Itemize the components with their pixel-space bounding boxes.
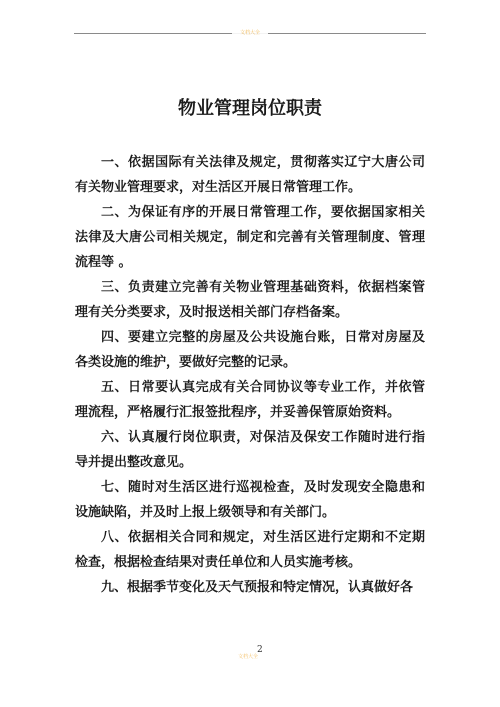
paragraph-3: 三、负责建立完善有关物业管理基础资料，依据档案管理有关分类要求，及时报送相关部门… — [75, 275, 425, 325]
document-title: 物业管理岗位职责 — [0, 96, 500, 122]
document-body: 一、依据国际有关法律及规定，贯彻落实辽宁大唐公司有关物业管理要求，对生活区开展日… — [75, 150, 425, 600]
paragraph-6: 六、认真履行岗位职责，对保洁及保安工作随时进行指导并提出整改意见。 — [75, 425, 425, 475]
paragraph-9: 九、根据季节变化及天气预报和特定情况，认真做好各 — [75, 575, 425, 600]
paragraph-2: 二、为保证有序的开展日常管理工作，要依据国家相关法律及大唐公司相关规定，制定和完… — [75, 200, 425, 275]
header-watermark: 文档大全 — [232, 28, 268, 38]
paragraph-4: 四、要建立完整的房屋及公共设施台账，日常对房屋及各类设施的维护，要做好完整的记录… — [75, 325, 425, 375]
footer-watermark: 文档大全 — [238, 653, 258, 660]
paragraph-5: 五、日常要认真完成有关合同协议等专业工作，并依管理流程，严格履行汇报签批程序，并… — [75, 375, 425, 425]
page-number: 2 — [257, 645, 263, 655]
paragraph-8: 八、依据相关合同和规定，对生活区进行定期和不定期检查，根据检查结果对责任单位和人… — [75, 525, 425, 575]
paragraph-7: 七、随时对生活区进行巡视检查，及时发现安全隐患和设施缺陷，并及时上报上级领导和有… — [75, 475, 425, 525]
paragraph-1: 一、依据国际有关法律及规定，贯彻落实辽宁大唐公司有关物业管理要求，对生活区开展日… — [75, 150, 425, 200]
